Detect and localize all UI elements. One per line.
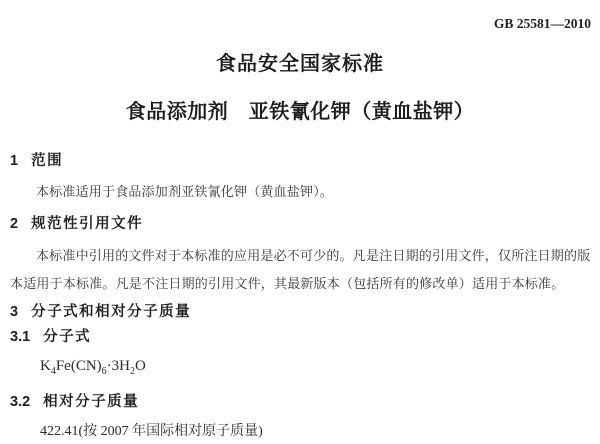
- molecular-weight-value: 422.41(按 2007 年国际相对原子质量): [40, 423, 592, 441]
- section-2-body: 本标准中引用的文件对于本标准的应用是必不可少的。凡是注日期的引用文件，仅所注日期…: [10, 242, 592, 298]
- section-2-title: 规范性引用文件: [31, 216, 143, 232]
- section-3-2-heading: 3.2相对分子质量: [10, 393, 592, 411]
- document-subtitle: 食品添加剂 亚铁氰化钾（黄血盐钾）: [0, 100, 600, 124]
- section-2-heading: 2规范性引用文件: [10, 215, 592, 233]
- document-title: 食品安全国家标准: [0, 52, 600, 76]
- formula-part: Fe(CN): [56, 358, 102, 374]
- section-1-number: 1: [10, 152, 18, 170]
- section-3-1-title: 分子式: [43, 329, 91, 345]
- formula-part: K: [40, 358, 51, 374]
- section-3-2-number: 3.2: [10, 393, 30, 411]
- section-2-number: 2: [10, 215, 18, 233]
- section-1-title: 范围: [31, 153, 63, 169]
- standard-number: GB 25581—2010: [0, 16, 591, 32]
- section-3-1-number: 3.1: [10, 328, 30, 346]
- section-3-number: 3: [10, 303, 18, 321]
- section-1-body: 本标准适用于食品添加剂亚铁氰化钾（黄血盐钾）。: [10, 183, 592, 201]
- section-3-title: 分子式和相对分子质量: [31, 304, 191, 320]
- molecular-formula: K4Fe(CN)6·3H2O: [40, 357, 592, 381]
- section-3-heading: 3分子式和相对分子质量: [10, 303, 592, 321]
- standard-document-page: GB 25581—2010 食品安全国家标准 食品添加剂 亚铁氰化钾（黄血盐钾）…: [0, 0, 600, 444]
- section-3-1-heading: 3.1分子式: [10, 328, 592, 346]
- formula-part: ·3H: [107, 358, 130, 374]
- section-3-2-title: 相对分子质量: [43, 394, 139, 410]
- section-1-heading: 1范围: [10, 152, 592, 170]
- formula-part: O: [135, 358, 146, 374]
